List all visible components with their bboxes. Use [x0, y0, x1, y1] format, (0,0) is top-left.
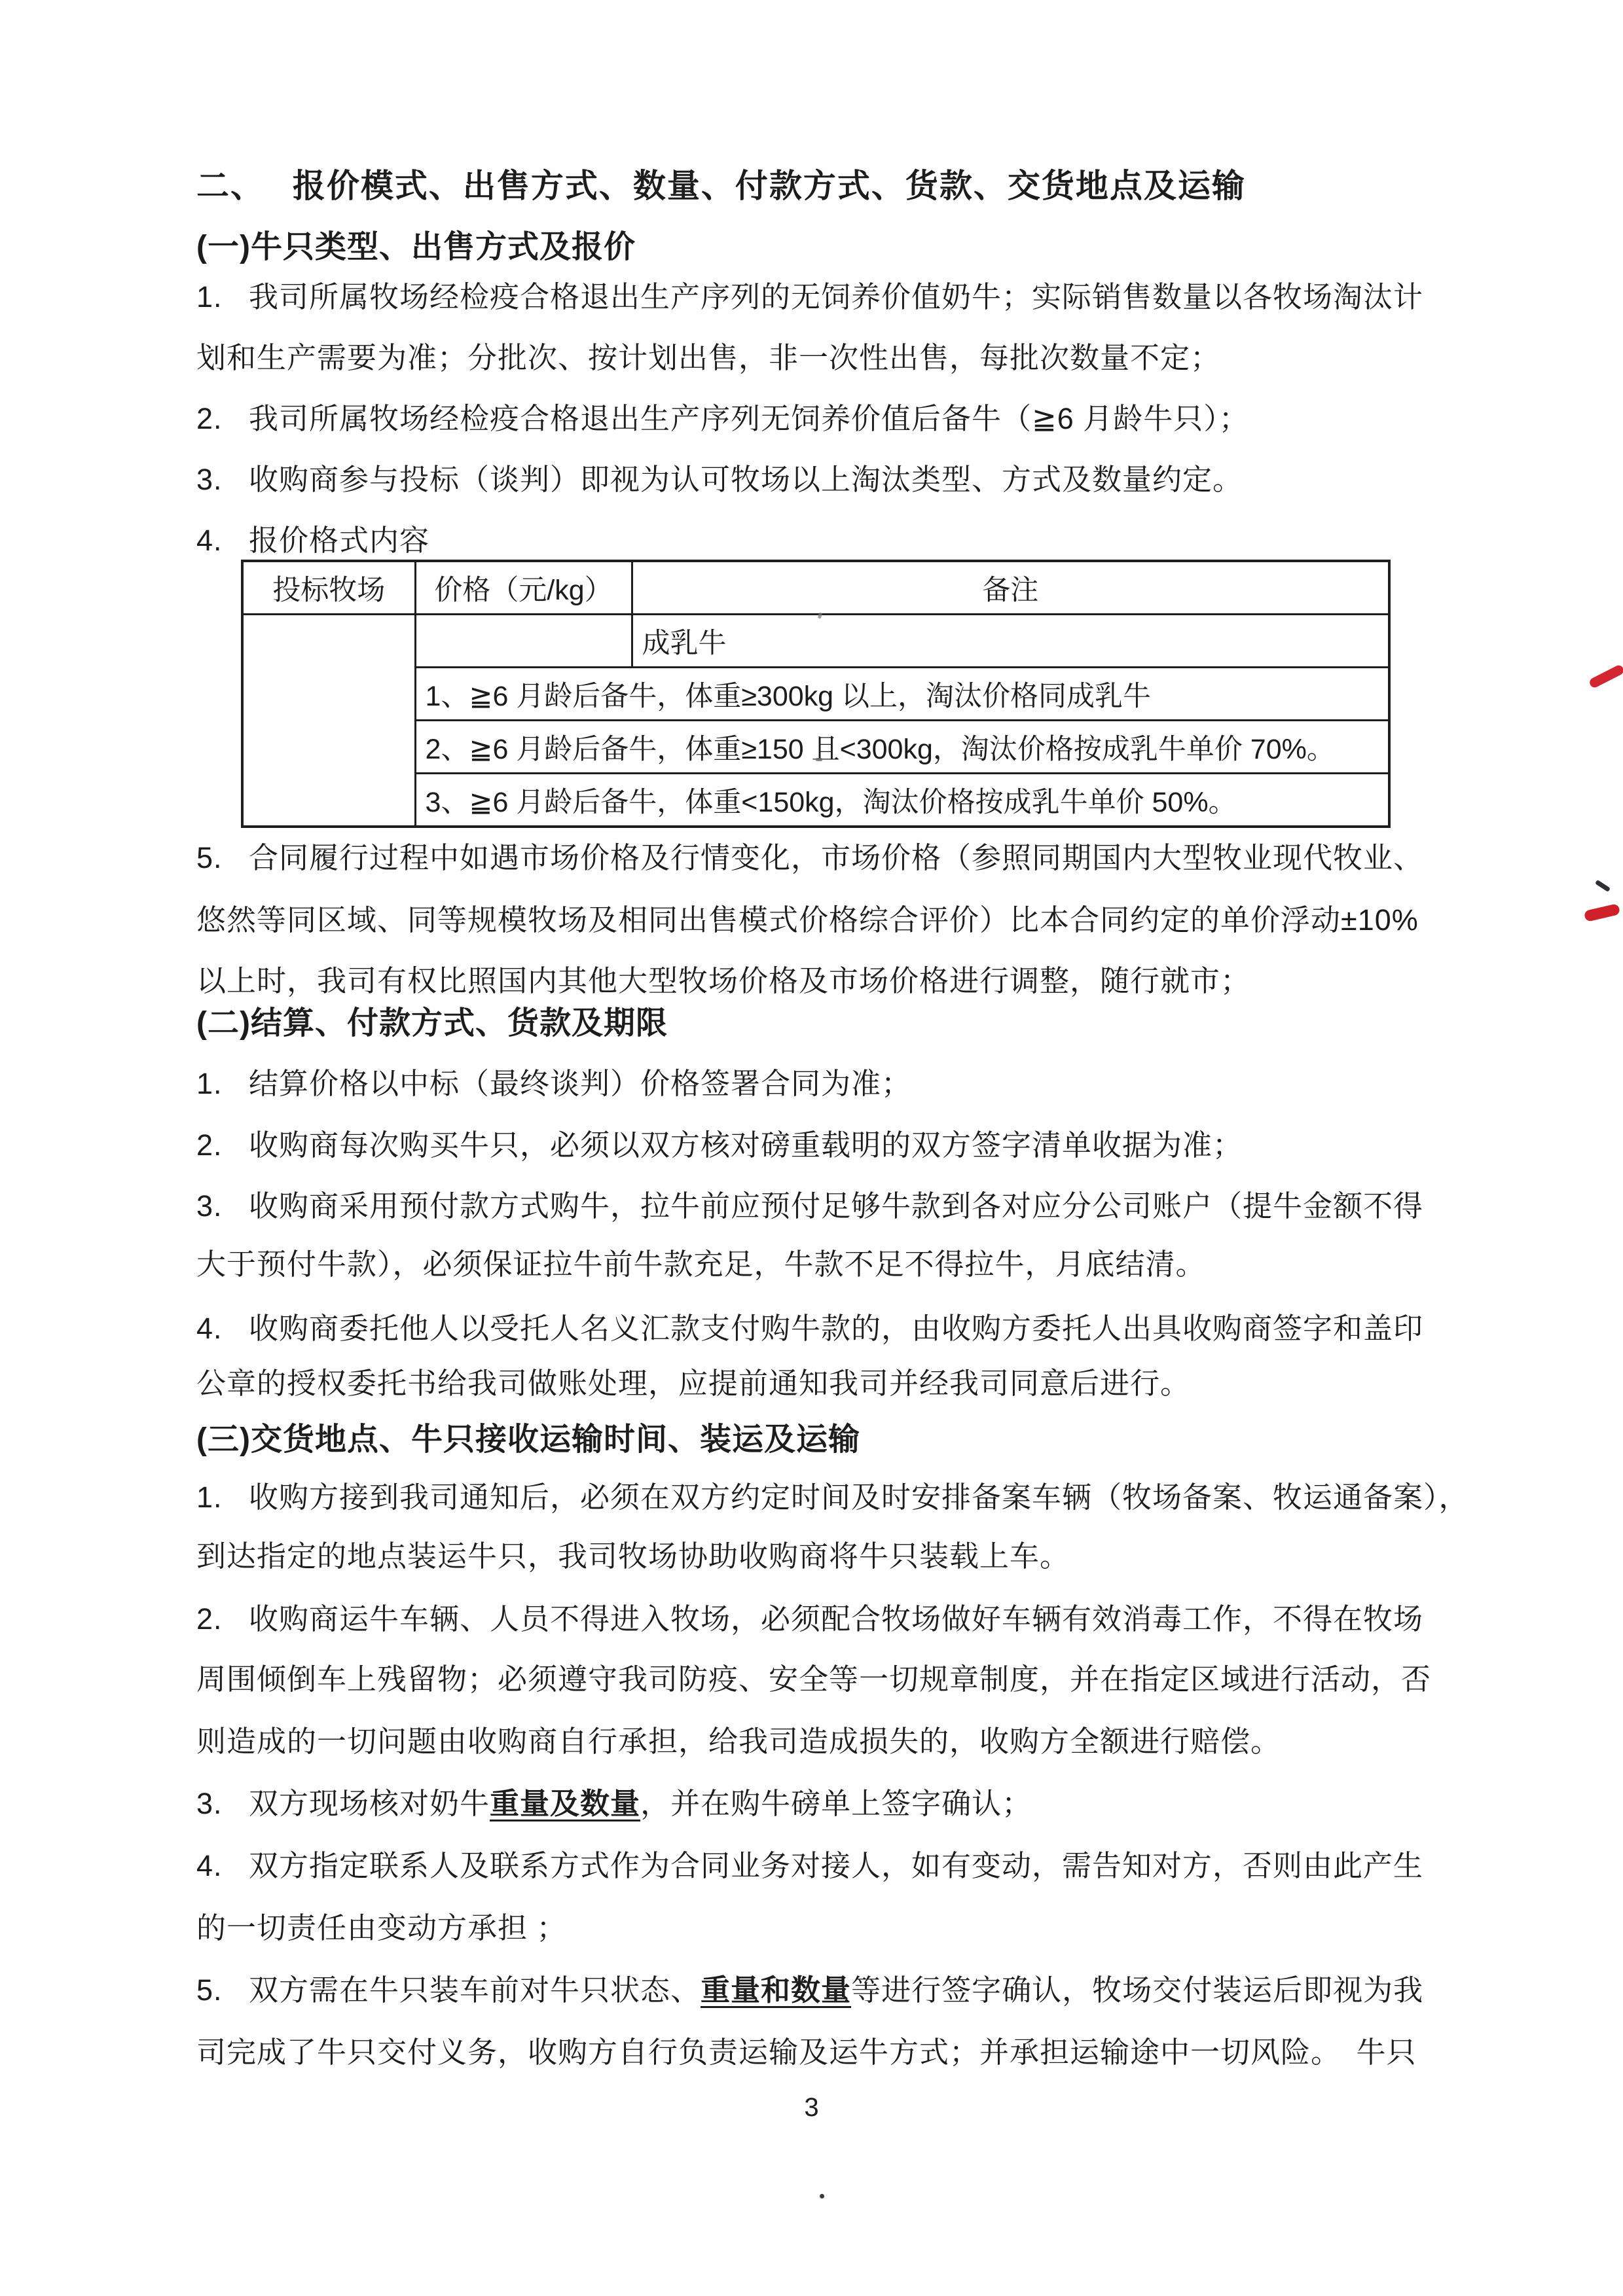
item-text: 5. 双方需在牛只装车前对牛只状态、 [196, 1973, 701, 2007]
table-row: 成乳牛 [242, 615, 1389, 668]
list-item: 5. 双方需在牛只装车前对牛只状态、重量和数量等进行签字确认，牧场交付装运后即视… [196, 1973, 1423, 2007]
price-cell-empty [415, 615, 632, 668]
list-item-continuation: 则造成的一切问题由收购商自行承担，给我司造成损失的，收购方全额进行赔偿。 [196, 1725, 1281, 1759]
red-pen-mark-artifact [1588, 664, 1623, 689]
list-item: 2. 我司所属牧场经检疫合格退出生产序列无饲养价值后备牛（≧6 月龄牛只）； [196, 402, 1249, 436]
list-item-continuation: 悠然等同区域、同等规模牧场及相同出售模式价格综合评价）比本合同约定的单价浮动±1… [196, 903, 1419, 937]
list-item: 2. 收购商运牛车辆、人员不得进入牧场，必须配合牧场做好车辆有效消毒工作，不得在… [196, 1602, 1423, 1636]
item-text: ，并在购牛磅单上签字确认； [640, 1787, 1032, 1820]
list-item-continuation: 大于预付牛款），必须保证拉牛前牛款充足，牛款不足不得拉牛，月底结清。 [196, 1247, 1206, 1282]
list-item: 4. 双方指定联系人及联系方式作为合同业务对接人，如有变动，需告知对方，否则由此… [196, 1849, 1423, 1883]
rule-cell-2: 2、≧6 月龄后备牛，体重≥150 且<300kg，淘汰价格按成乳牛单价 70%… [415, 721, 1389, 774]
scan-speck-artifact [820, 2194, 824, 2198]
list-item-continuation: 周围倾倒车上残留物；必须遵守我司防疫、安全等一切规章制度，并在指定区域进行活动，… [196, 1662, 1431, 1696]
list-item-continuation: 划和生产需要为准；分批次、按计划出售，非一次性出售，每批次数量不定； [196, 341, 1220, 375]
emphasized-text: 重量及数量 [490, 1787, 640, 1820]
list-item-continuation: 到达指定的地点装运牛只，我司牧场协助收购商将牛只装载上车。 [196, 1539, 1070, 1573]
note-cell-adult-cow: 成乳牛 [632, 615, 1389, 668]
list-item: 3. 收购商采用预付款方式购牛，拉牛前应预付足够牛款到各对应分公司账户（提牛金额… [196, 1189, 1423, 1223]
list-item-continuation: 以上时，我司有权比照国内其他大型牧场价格及市场价格进行调整，随行就市； [196, 964, 1250, 998]
farm-cell-empty [242, 615, 415, 827]
page-number: 3 [0, 2093, 1623, 2123]
list-item: 3. 收购商参与投标（谈判）即视为认可牧场以上淘汰类型、方式及数量约定。 [196, 463, 1243, 497]
red-pen-mark-artifact [1584, 903, 1620, 922]
list-item: 3. 双方现场核对奶牛重量及数量，并在购牛磅单上签字确认； [196, 1787, 1032, 1821]
column-header-note: 备注 [632, 561, 1389, 615]
scan-speck-artifact [816, 758, 822, 761]
table-header-row: 投标牧场 价格（元/kg） 备注 [242, 561, 1389, 615]
rule-cell-1: 1、≧6 月龄后备牛，体重≥300kg 以上，淘汰价格同成乳牛 [415, 668, 1389, 721]
column-header-farm: 投标牧场 [242, 561, 415, 615]
subsection-heading-2: (二)结算、付款方式、货款及期限 [196, 1005, 668, 1041]
column-header-price: 价格（元/kg） [415, 561, 632, 615]
list-item: 1. 结算价格以中标（最终谈判）价格签署合同为准； [196, 1067, 911, 1101]
list-item: 4. 收购商委托他人以受托人名义汇款支付购牛款的，由收购方委托人出具收购商签字和… [196, 1312, 1423, 1346]
list-item: 4. 报价格式内容 [196, 524, 429, 558]
list-item-continuation: 公章的授权委托书给我司做账处理，应提前通知我司并经我司同意后进行。 [196, 1367, 1190, 1401]
black-pen-mark-artifact [1595, 880, 1611, 892]
subsection-heading-1: (一)牛只类型、出售方式及报价 [196, 229, 636, 265]
list-item: 1. 收购方接到我司通知后，必须在双方约定时间及时安排备案车辆（牧场备案、牧运通… [196, 1480, 1469, 1515]
rule-cell-3: 3、≧6 月龄后备牛，体重<150kg，淘汰价格按成乳牛单价 50%。 [415, 774, 1389, 827]
list-item: 5. 合同履行过程中如遇市场价格及行情变化，市场价格（参照同期国内大型牧业现代牧… [196, 841, 1423, 875]
list-item-continuation: 司完成了牛只交付义务，收购方自行负责运输及运牛方式；并承担运输途中一切风险。 牛… [196, 2036, 1417, 2070]
quote-format-table: 投标牧场 价格（元/kg） 备注 成乳牛 1、≧6 月龄后备牛，体重≥300kg… [241, 560, 1391, 828]
section-title: 二、 报价模式、出售方式、数量、付款方式、货款、交货地点及运输 [196, 168, 1246, 206]
list-item: 1. 我司所属牧场经检疫合格退出生产序列的无饲养价值奶牛；实际销售数量以各牧场淘… [196, 280, 1423, 314]
subsection-heading-3: (三)交货地点、牛只接收运输时间、装运及运输 [196, 1422, 860, 1458]
item-text: 等进行签字确认，牧场交付装运后即视为我 [851, 1973, 1423, 2007]
emphasized-text: 重量和数量 [701, 1973, 851, 2007]
list-item-continuation: 的一切责任由变动方承担 ； [196, 1911, 567, 1945]
item-text: 3. 双方现场核对奶牛 [196, 1787, 490, 1820]
list-item: 2. 收购商每次购买牛只，必须以双方核对磅重载明的双方签字清单收据为准； [196, 1128, 1243, 1162]
contract-page: 二、 报价模式、出售方式、数量、付款方式、货款、交货地点及运输 (一)牛只类型、… [0, 0, 1623, 2296]
